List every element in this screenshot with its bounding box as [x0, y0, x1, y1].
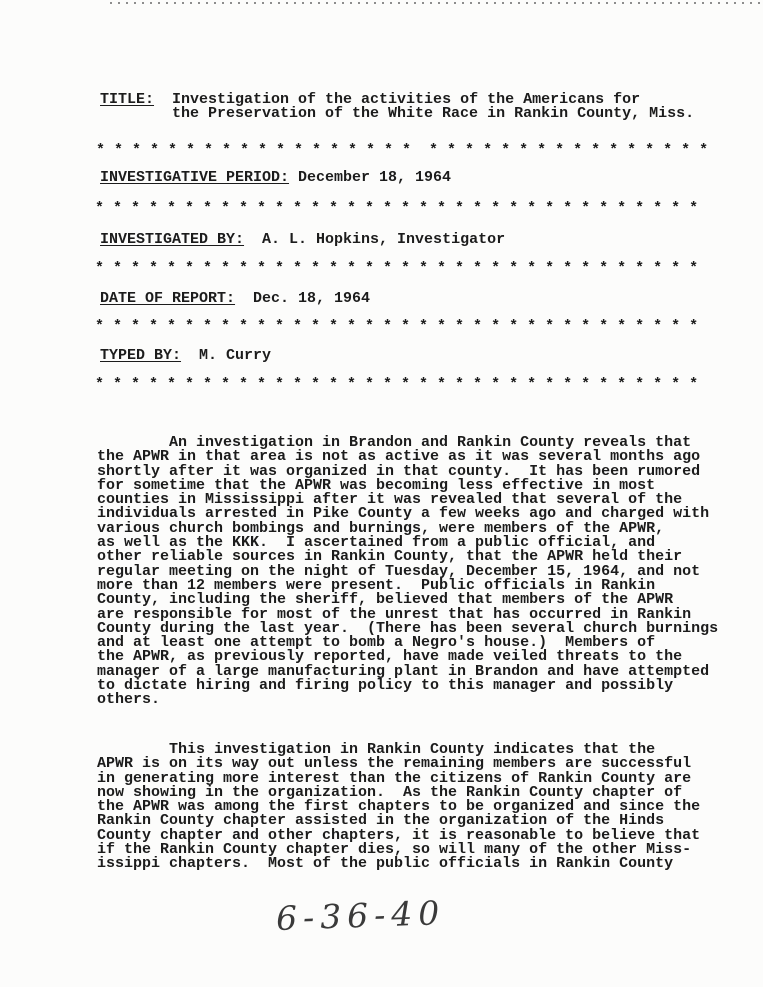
body-paragraph-1: An investigation in Brandon and Rankin C… [97, 436, 718, 708]
asterisk-separator: * * * * * * * * * * * * * * * * * * * * … [95, 320, 698, 334]
date-of-report-value: Dec. 18, 1964 [235, 290, 370, 307]
top-dotted-line [110, 2, 763, 4]
body-paragraph-2: This investigation in Rankin County indi… [97, 743, 700, 872]
asterisk-separator: * * * * * * * * * * * * * * * * * * * * … [95, 378, 698, 392]
date-of-report-line: DATE OF REPORT: Dec. 18, 1964 [100, 292, 370, 306]
investigative-period-value: December 18, 1964 [289, 169, 451, 186]
investigative-period-line: INVESTIGATIVE PERIOD: December 18, 1964 [100, 171, 451, 185]
asterisk-separator: * * * * * * * * * * * * * * * * * * * * … [95, 262, 698, 276]
asterisk-separator: * * * * * * * * * * * * * * * * * * * * … [96, 144, 708, 158]
investigated-by-label: INVESTIGATED BY: [100, 231, 244, 248]
typed-by-label: TYPED BY: [100, 347, 181, 364]
asterisk-separator: * * * * * * * * * * * * * * * * * * * * … [95, 202, 698, 216]
title-line: TITLE: Investigation of the activities o… [100, 93, 694, 122]
handwritten-file-number: 6-36-40 [275, 893, 446, 938]
investigated-by-value: A. L. Hopkins, Investigator [244, 231, 505, 248]
typed-by-value: M. Curry [181, 347, 271, 364]
typed-by-line: TYPED BY: M. Curry [100, 349, 271, 363]
date-of-report-label: DATE OF REPORT: [100, 290, 235, 307]
investigative-period-label: INVESTIGATIVE PERIOD: [100, 169, 289, 186]
investigated-by-line: INVESTIGATED BY: A. L. Hopkins, Investig… [100, 233, 505, 247]
document-page: TITLE: Investigation of the activities o… [0, 0, 763, 987]
title-value: Investigation of the activities of the A… [100, 91, 694, 122]
